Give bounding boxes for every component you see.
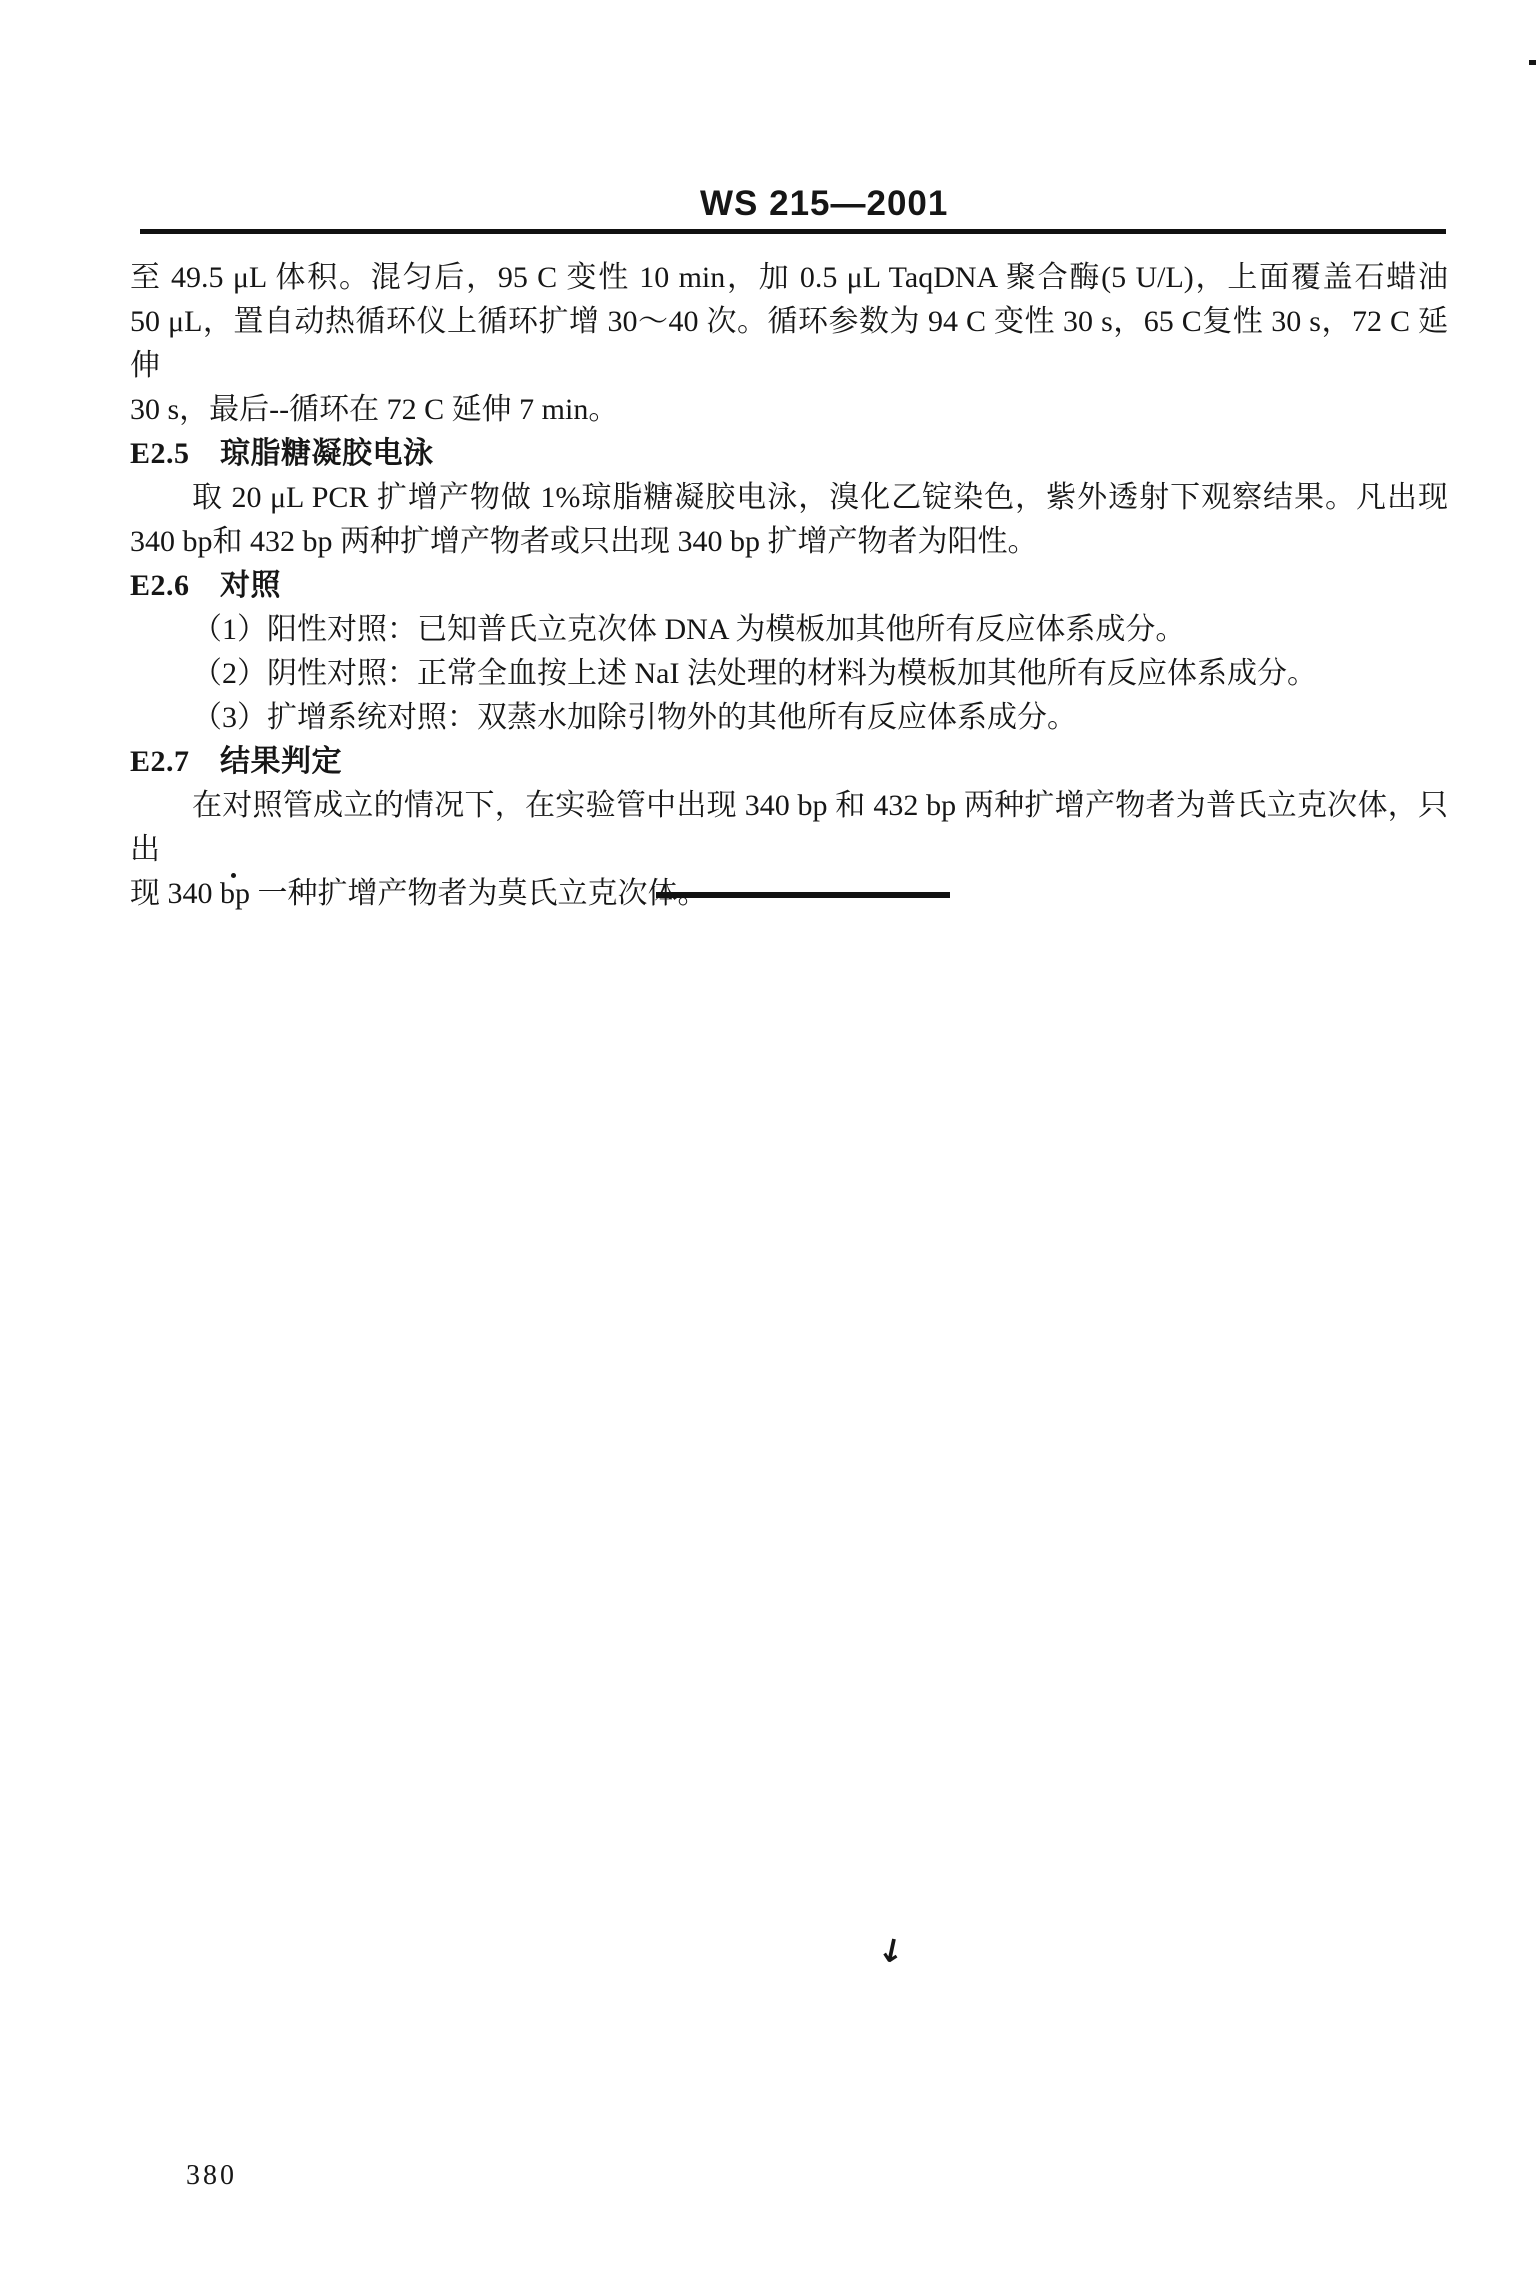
section-heading-e2-5: E2.5 琼脂糖凝胶电泳 bbox=[130, 432, 1448, 476]
page-number: 380 bbox=[186, 2160, 237, 2192]
standard-code-header: WS 215—2001 bbox=[700, 184, 948, 224]
paragraph-line: 340 bp和 432 bp 两种扩增产物者或只出现 340 bp 扩增产物者为… bbox=[130, 520, 1448, 564]
paragraph-line: 50 μL，置自动热循环仪上循环扩增 30～40 次。循环参数为 94 C 变性… bbox=[130, 300, 1448, 388]
section-heading-e2-7: E2.7 结果判定 bbox=[130, 740, 1448, 784]
stray-dot-artifact bbox=[231, 873, 236, 878]
list-item-2: （2）阴性对照：正常全血按上述 NaI 法处理的材料为模板加其他所有反应体系成分… bbox=[130, 652, 1448, 696]
list-item-1: （1）阳性对照：已知普氏立克次体 DNA 为模板加其他所有反应体系成分。 bbox=[130, 608, 1448, 652]
paragraph-line: 至 49.5 μL 体积。混匀后，95 C 变性 10 min，加 0.5 μL… bbox=[130, 256, 1448, 300]
section-heading-e2-6: E2.6 对照 bbox=[130, 564, 1448, 608]
scan-edge-artifact bbox=[1529, 60, 1536, 65]
list-item-3: （3）扩增系统对照：双蒸水加除引物外的其他所有反应体系成分。 bbox=[130, 696, 1448, 740]
paragraph-line: 取 20 μL PCR 扩增产物做 1%琼脂糖凝胶电泳，溴化乙锭染色，紫外透射下… bbox=[130, 476, 1448, 520]
document-body: 至 49.5 μL 体积。混匀后，95 C 变性 10 min，加 0.5 μL… bbox=[130, 256, 1448, 916]
header-rule bbox=[140, 229, 1446, 234]
paragraph-line: 在对照管成立的情况下，在实验管中出现 340 bp 和 432 bp 两种扩增产… bbox=[130, 784, 1448, 872]
ink-mark: ↓ bbox=[874, 1930, 908, 1973]
section-end-divider bbox=[656, 892, 950, 898]
document-page: WS 215—2001 至 49.5 μL 体积。混匀后，95 C 变性 10 … bbox=[0, 0, 1536, 2285]
paragraph-line: 30 s，最后--循环在 72 C 延伸 7 min。 bbox=[130, 388, 1448, 432]
